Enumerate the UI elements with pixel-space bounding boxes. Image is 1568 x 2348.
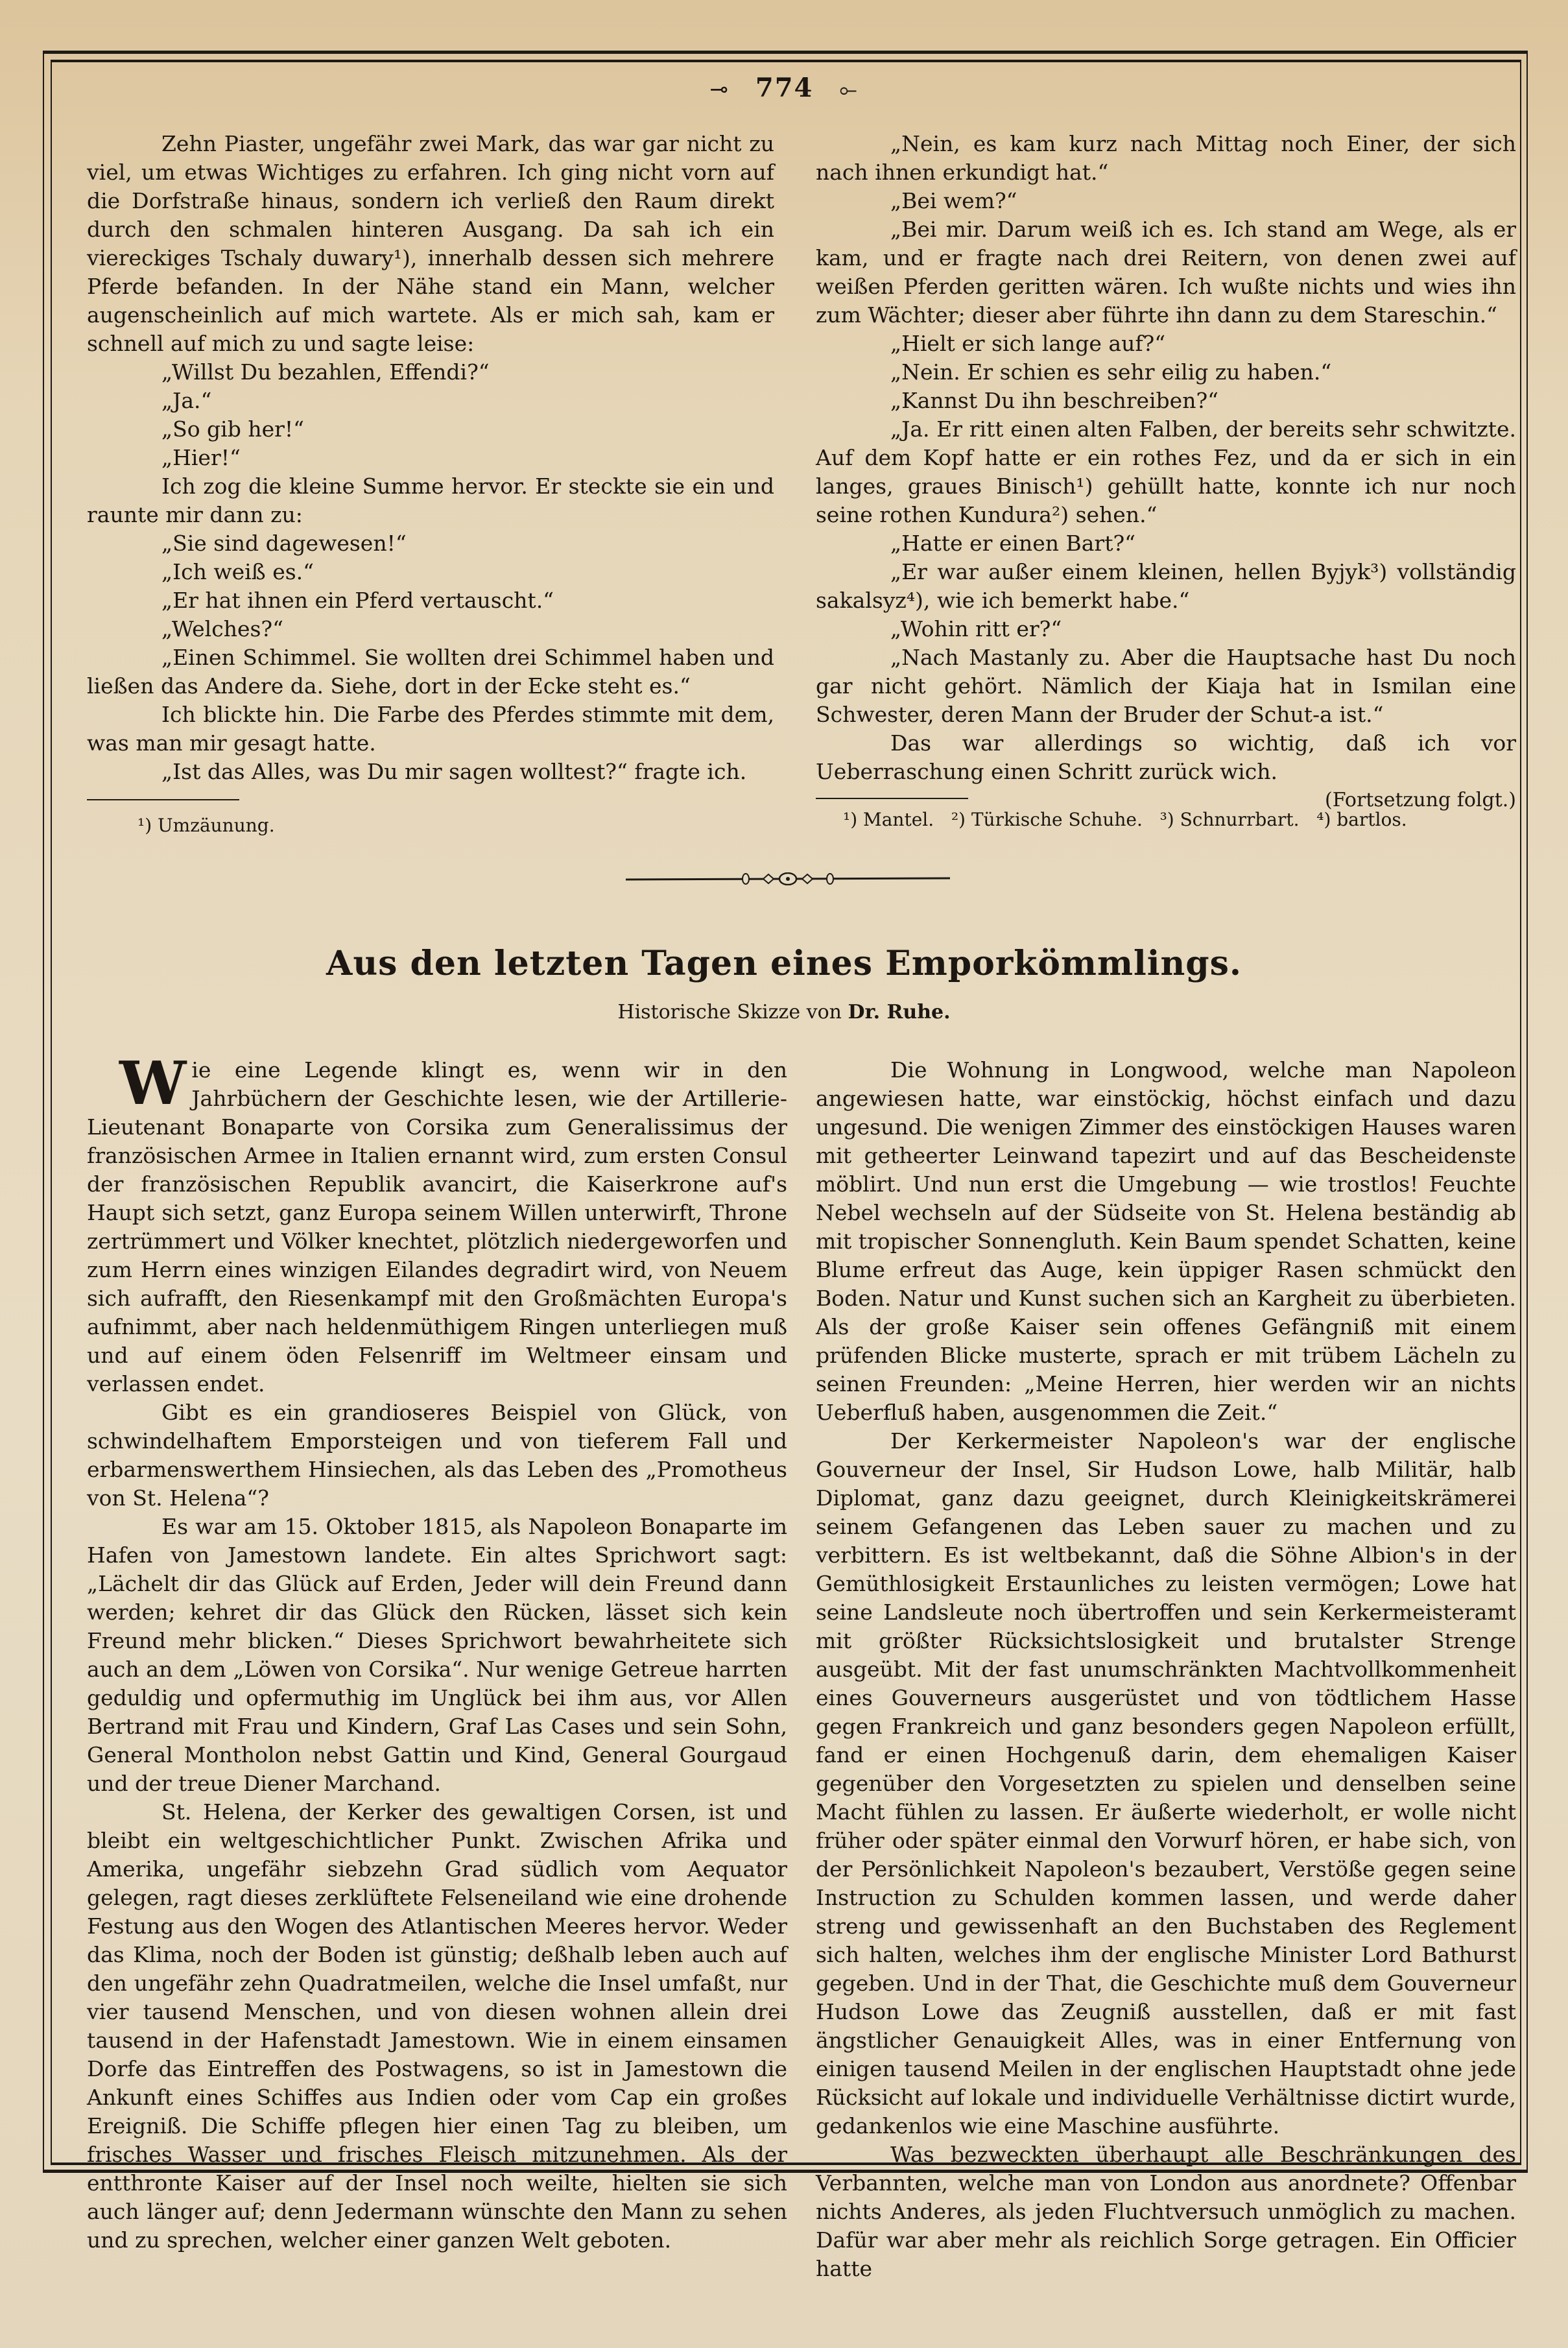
story-paragraph: Ich zog die kleine Summe hervor. Er stec… (87, 472, 774, 529)
ornament-left-icon: ⊸ (709, 77, 730, 102)
story-dialog: „Willst Du bezahlen, Effendi?“ (87, 358, 774, 387)
story-dialog: „Ich weiß es.“ (87, 558, 774, 586)
story-final-text: Das war allerdings so wichtig, daß ich v… (816, 730, 1516, 784)
article-paragraph: Der Kerkermeister Napoleon's war der eng… (816, 1427, 1516, 2140)
footnote-rule-right (816, 798, 968, 799)
story-paragraph: Das war allerdings so wichtig, daß ich v… (816, 729, 1516, 786)
story-dialog: „Nach Mastanly zu. Aber die Hauptsache h… (816, 643, 1516, 729)
story-dialog: „Er war außer einem kleinen, hellen Byjy… (816, 558, 1516, 615)
story-dialog: „Nein, es kam kurz nach Mittag noch Eine… (816, 130, 1516, 187)
story-dialog: „Er hat ihnen ein Pferd vertauscht.“ (87, 586, 774, 615)
story-dialog: „Bei mir. Darum weiß ich es. Ich stand a… (816, 215, 1516, 329)
story-paragraph: Zehn Piaster, ungefähr zwei Mark, das wa… (87, 130, 774, 358)
article-title: Aus den letzten Tagen eines Emporkömmlin… (0, 944, 1568, 983)
article-paragraph: Die Wohnung in Longwood, welche man Napo… (816, 1056, 1516, 1427)
story-dialog: „Welches?“ (87, 615, 774, 643)
ornament-right-icon: ⟜ (839, 77, 858, 102)
story-dialog: „So gib her!“ (87, 415, 774, 444)
story-dialog: „Wohin ritt er?“ (816, 615, 1516, 643)
story-column-right: „Nein, es kam kurz nach Mittag noch Eine… (816, 130, 1516, 815)
article-first-text: ie eine Legende klingt es, wenn wir in d… (87, 1057, 787, 1396)
story-dialog: „Ja. Er ritt einen alten Falben, der ber… (816, 415, 1516, 529)
article-byline: Historische Skizze von Dr. Ruhe. (0, 1001, 1568, 1024)
story-dialog: „Ja.“ (87, 387, 774, 415)
article-column-right: Die Wohnung in Longwood, welche man Napo… (816, 1056, 1516, 2283)
article-paragraph: Gibt es ein grandioseres Beispiel von Gl… (87, 1398, 787, 1513)
page-header: ⊸ 774 ⟜ (0, 73, 1568, 103)
story-dialog: „Bei wem?“ (816, 187, 1516, 215)
story-dialog: „Sie sind dagewesen!“ (87, 529, 774, 558)
story-dialog: „Ist das Alles, was Du mir sagen wolltes… (87, 758, 774, 786)
footnote-rule-left (87, 799, 239, 800)
story-dialog: „Hier!“ (87, 444, 774, 472)
story-dialog: „Einen Schimmel. Sie wollten drei Schimm… (87, 643, 774, 701)
story-dialog: „Kannst Du ihn beschreiben?“ (816, 387, 1516, 415)
story-dialog: „Hatte er einen Bart?“ (816, 529, 1516, 558)
footnote-right: ¹) Mantel. ²) Türkische Schuhe. ³) Schnu… (843, 808, 1407, 832)
article-paragraph: Wie eine Legende klingt es, wenn wir in … (87, 1056, 787, 1398)
page-number: 774 (755, 73, 814, 103)
byline-author: Dr. Ruhe. (848, 1001, 951, 1024)
story-paragraph: Ich blickte hin. Die Farbe des Pferdes s… (87, 701, 774, 758)
story-column-left: Zehn Piaster, ungefähr zwei Mark, das wa… (87, 130, 774, 786)
story-dialog: „Nein. Er schien es sehr eilig zu haben.… (816, 358, 1516, 387)
ornamental-divider-icon (626, 872, 950, 885)
article-paragraph: Es war am 15. Oktober 1815, als Napoleon… (87, 1513, 787, 1798)
story-dialog: „Hielt er sich lange auf?“ (816, 329, 1516, 358)
article-paragraph: Was bezweckten überhaupt alle Beschränku… (816, 2140, 1516, 2283)
byline-prefix: Historische Skizze von (617, 1001, 842, 1024)
article-column-left: Wie eine Legende klingt es, wenn wir in … (87, 1056, 787, 2255)
footnote-left: ¹) Umzäunung. (137, 814, 275, 837)
drop-cap: W (119, 1059, 186, 1108)
article-paragraph: St. Helena, der Kerker des gewaltigen Co… (87, 1798, 787, 2255)
